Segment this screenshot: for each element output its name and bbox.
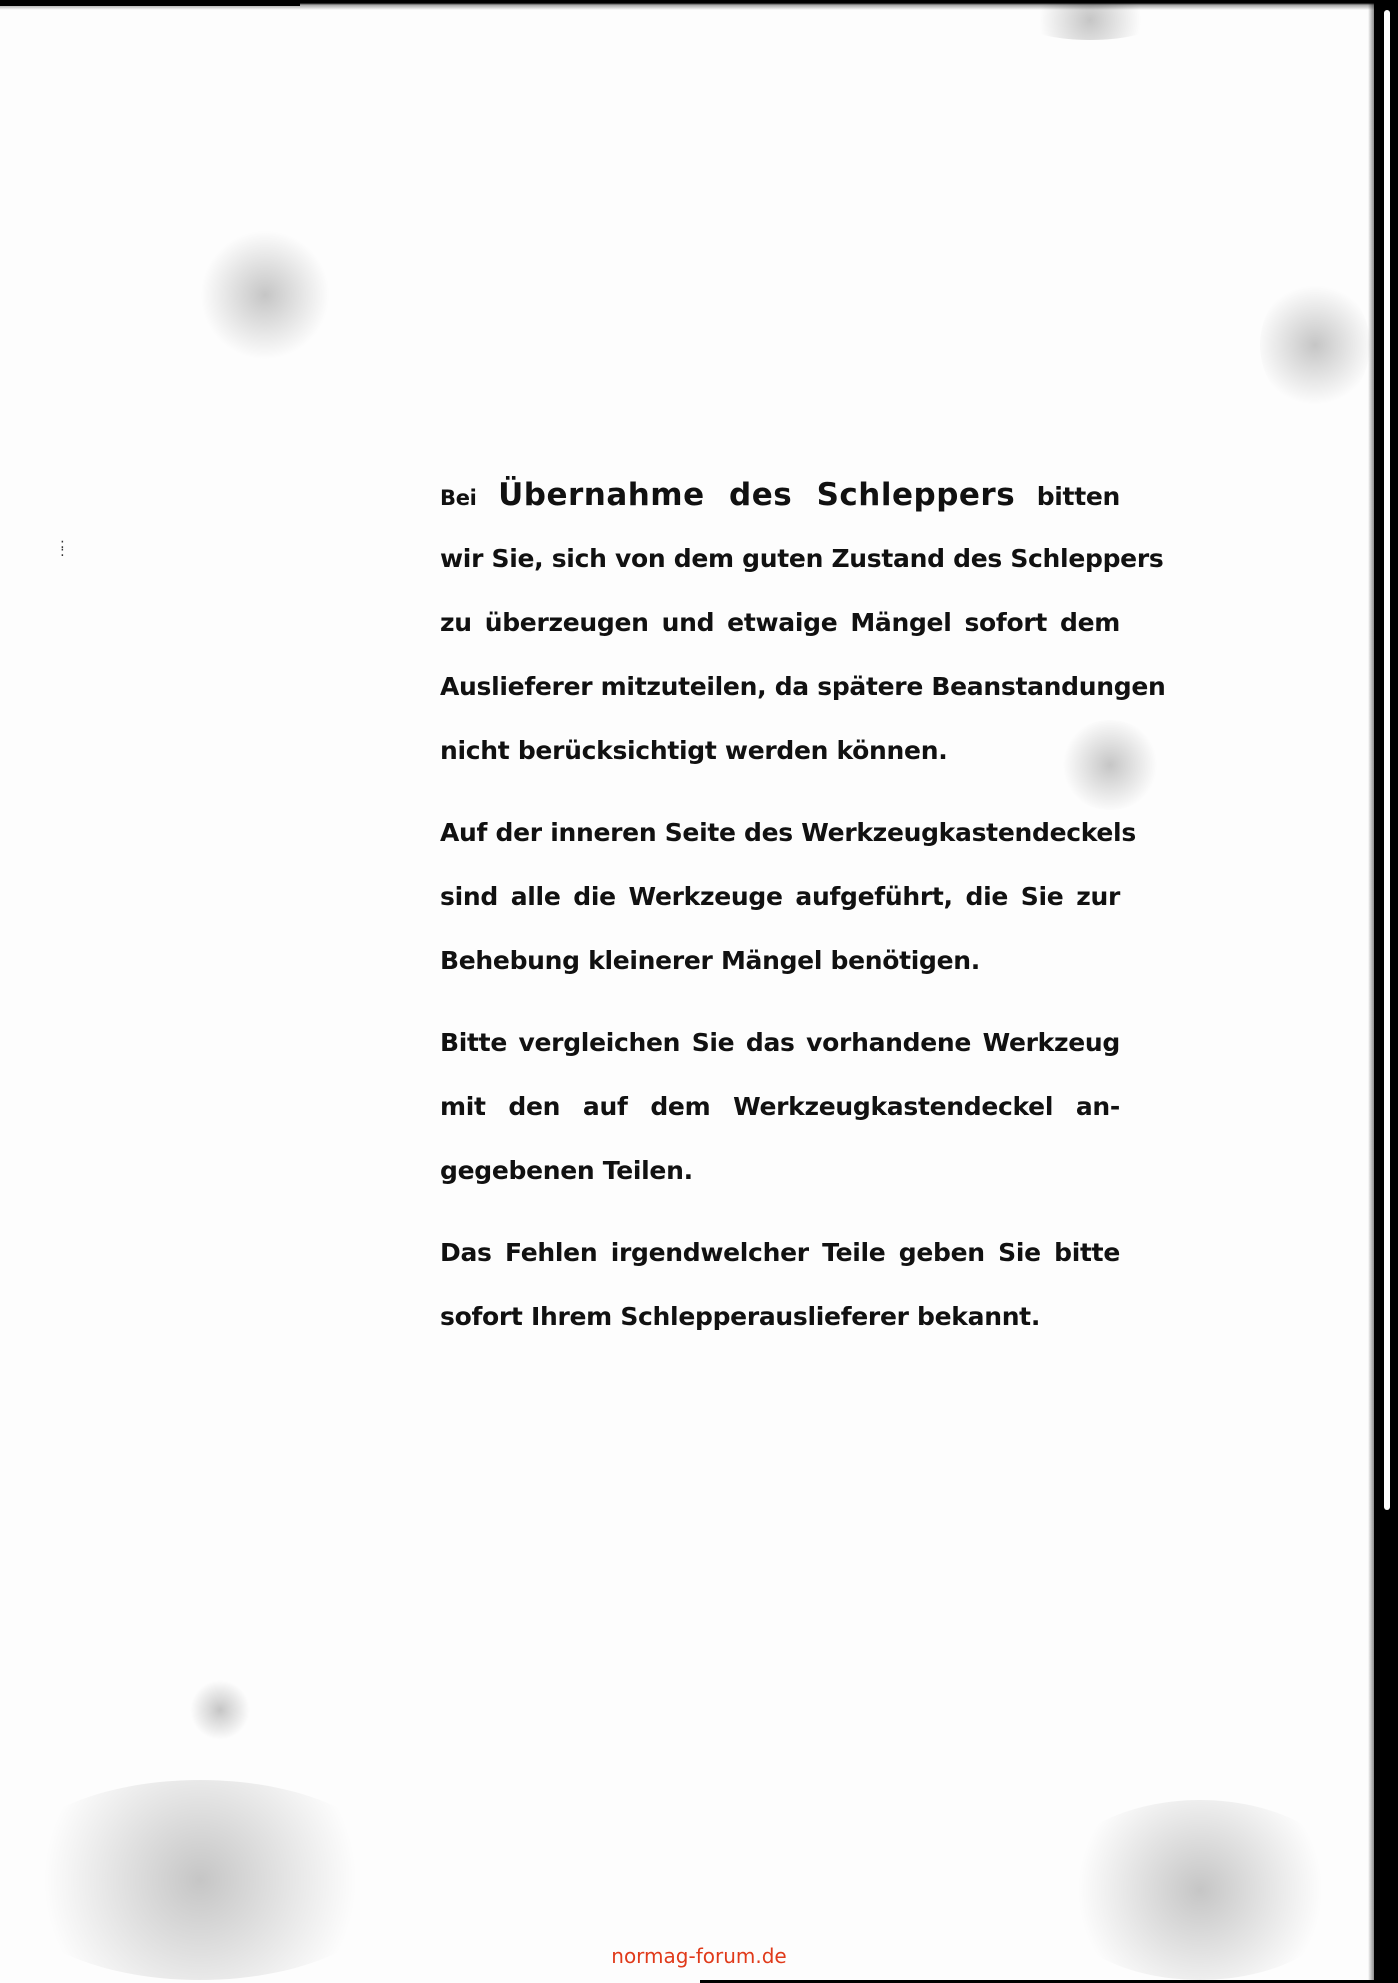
watermark-link[interactable]: normag-forum.de bbox=[0, 1944, 1398, 1968]
paragraph-4: Das Fehlen irgendwelcher Teile geben Sie… bbox=[440, 1221, 1120, 1349]
document-heading: Übernahme des Schleppers bbox=[498, 477, 1015, 513]
paragraph-3: Bitte vergleichen Sie das vorhandene Wer… bbox=[440, 1011, 1120, 1203]
text-line: Das Fehlen irgendwelcher Teile geben Sie… bbox=[440, 1221, 1120, 1285]
text-line: mit den auf dem Werkzeugkastendeckel an- bbox=[440, 1075, 1120, 1139]
text-line: nicht berücksichtigt werden können. bbox=[440, 719, 1120, 783]
text-line: Auf der inneren Seite des Werkzeugkasten… bbox=[440, 801, 1120, 865]
intro-line: Bei Übernahme des Schleppers bitten bbox=[440, 463, 1120, 527]
paragraph-2: Auf der inneren Seite des Werkzeugkasten… bbox=[440, 801, 1120, 993]
document-body: Bei Übernahme des Schleppers bitten wir … bbox=[440, 463, 1120, 1349]
paragraph-1: wir Sie, sich von dem guten Zustand des … bbox=[440, 527, 1120, 783]
text-line: Auslieferer mitzuteilen, da spätere Bean… bbox=[440, 655, 1120, 719]
intro-prefix: Bei bbox=[440, 486, 477, 510]
scan-speckle bbox=[200, 230, 330, 360]
text-line: Behebung kleinerer Mängel benötigen. bbox=[440, 929, 1120, 993]
text-line: gegebenen Teilen. bbox=[440, 1139, 1120, 1203]
text-line: sofort Ihrem Schlepperauslieferer bekann… bbox=[440, 1285, 1120, 1349]
scan-speckle bbox=[1020, 0, 1160, 40]
text-line: zu überzeugen und etwaige Mängel sofort … bbox=[440, 591, 1120, 655]
margin-mark: :: bbox=[60, 540, 65, 556]
scan-top-edge bbox=[0, 0, 1398, 10]
text-line: sind alle die Werkzeuge aufgeführt, die … bbox=[440, 865, 1120, 929]
text-line: Bitte vergleichen Sie das vorhandene Wer… bbox=[440, 1011, 1120, 1075]
text-line: wir Sie, sich von dem guten Zustand des … bbox=[440, 527, 1120, 591]
scan-right-edge-highlight bbox=[1384, 10, 1390, 1510]
scan-speckle bbox=[190, 1680, 250, 1740]
scan-right-edge bbox=[1374, 0, 1398, 1983]
scan-speckle bbox=[1260, 280, 1370, 410]
intro-suffix: bitten bbox=[1037, 482, 1120, 511]
